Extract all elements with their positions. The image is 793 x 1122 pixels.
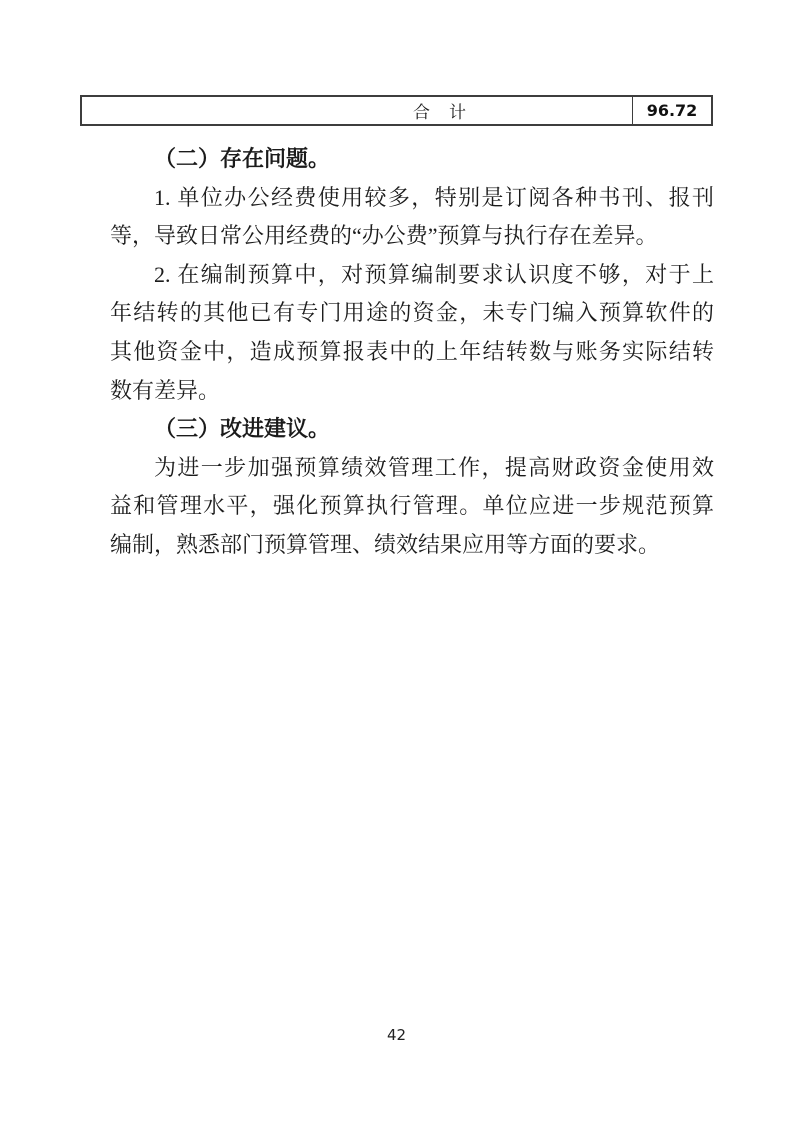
text-line: （二）存在问题。 — [110, 140, 714, 179]
text-line: 为进一步加强预算绩效管理工作，提高财政资金使用效 — [110, 449, 714, 488]
text-line: 2. 在编制预算中，对预算编制要求认识度不够，对于上 — [110, 256, 714, 295]
document-body: （二）存在问题。1. 单位办公经费使用较多，特别是订阅各种书刊、报刊等，导致日常… — [110, 140, 714, 565]
total-label: 合 计 — [413, 98, 467, 123]
page-number: 42 — [0, 1026, 793, 1044]
text-line: 数有差异。 — [110, 372, 714, 411]
summary-table-total-row: 合 计 96.72 — [80, 95, 713, 126]
table-total-label-cell: 合 计 — [82, 97, 633, 124]
text-line: （三）改进建议。 — [110, 410, 714, 449]
table-total-value-cell: 96.72 — [633, 97, 711, 124]
text-line: 其他资金中，造成预算报表中的上年结转数与账务实际结转 — [110, 333, 714, 372]
text-line: 1. 单位办公经费使用较多，特别是订阅各种书刊、报刊 — [110, 179, 714, 218]
text-line: 益和管理水平，强化预算执行管理。单位应进一步规范预算 — [110, 487, 714, 526]
document-page: 合 计 96.72 （二）存在问题。1. 单位办公经费使用较多，特别是订阅各种书… — [0, 0, 793, 1122]
text-line: 编制，熟悉部门预算管理、绩效结果应用等方面的要求。 — [110, 526, 714, 565]
total-value: 96.72 — [647, 101, 698, 120]
text-line: 年结转的其他已有专门用途的资金，未专门编入预算软件的 — [110, 294, 714, 333]
text-line: 等，导致日常公用经费的“办公费”预算与执行存在差异。 — [110, 217, 714, 256]
